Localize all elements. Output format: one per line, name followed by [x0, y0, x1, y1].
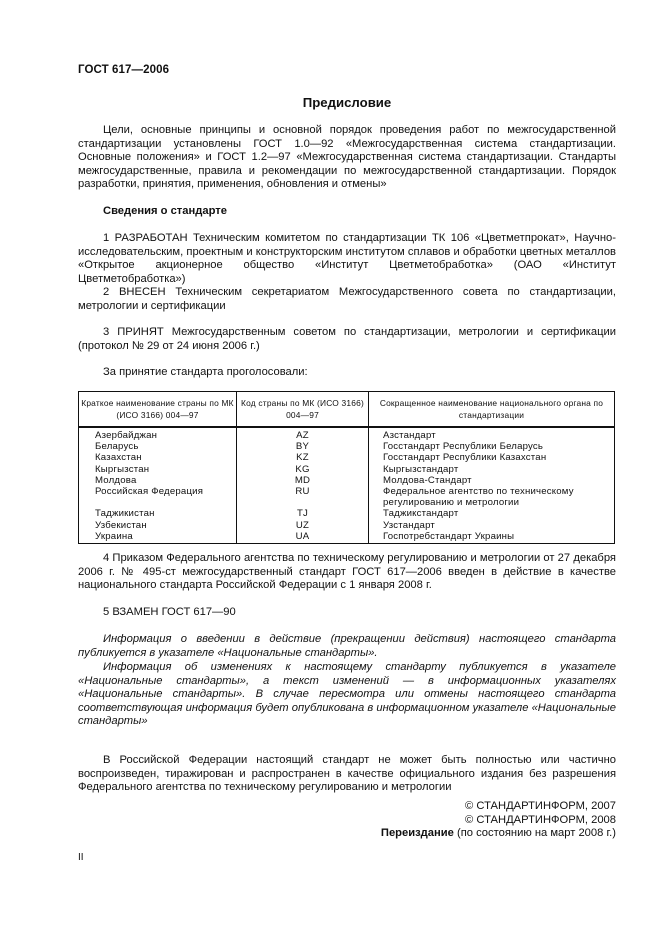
page-number: II [78, 851, 84, 865]
reproduction-notice: В Российской Федерации настоящий стандар… [78, 754, 616, 795]
table-row: МолдоваMDМолдова-Стандарт [79, 475, 615, 486]
info-item-2: 2 ВНЕСЕН Техническим секретариатом Межго… [78, 286, 616, 313]
body-cell: Таджикстандарт [369, 508, 615, 519]
code-cell: KZ [237, 452, 369, 463]
table-header-row: Краткое наименование страны по МК (ИСО 3… [79, 392, 615, 428]
info-item-1: 1 РАЗРАБОТАН Техническим комитетом по ст… [78, 232, 616, 286]
info-item-5: 5 ВЗАМЕН ГОСТ 617—90 [78, 606, 616, 620]
body-cell: Азстандарт [369, 427, 615, 441]
code-cell: AZ [237, 427, 369, 441]
copyright-line-2008: © СТАНДАРТИНФОРМ, 2008 [381, 814, 616, 828]
country-cell: Узбекистан [79, 520, 237, 531]
body-cell: Кыргызстандарт [369, 464, 615, 475]
intro-paragraph: Цели, основные принципы и основной поряд… [78, 124, 616, 192]
code-cell: UZ [237, 520, 369, 531]
table-row: БеларусьBYГосстандарт Республики Беларус… [79, 441, 615, 452]
reissue-note: (по состоянию на март 2008 г.) [454, 827, 616, 839]
table-row: УкраинаUAГоспотребстандарт Украины [79, 531, 615, 544]
running-title: ГОСТ 617—2006 [78, 64, 169, 78]
code-cell: TJ [237, 508, 369, 519]
copyright-block: © СТАНДАРТИНФОРМ, 2007 © СТАНДАРТИНФОРМ,… [381, 800, 616, 841]
vote-intro: За принятие стандарта проголосовали: [78, 366, 616, 380]
country-cell: Украина [79, 531, 237, 544]
code-cell: MD [237, 475, 369, 486]
table-row: КыргызстанKGКыргызстандарт [79, 464, 615, 475]
code-cell: UA [237, 531, 369, 544]
info-item-4: 4 Приказом Федерального агентства по тех… [78, 552, 616, 593]
body-cell: Госстандарт Республики Казахстан [369, 452, 615, 463]
copyright-line-2007: © СТАНДАРТИНФОРМ, 2007 [381, 800, 616, 814]
table-row: УзбекистанUZУзстандарт [79, 520, 615, 531]
info-item-3: 3 ПРИНЯТ Межгосударственным советом по с… [78, 326, 616, 353]
reissue-line: Переиздание (по состоянию на март 2008 г… [381, 827, 616, 841]
reissue-label: Переиздание [381, 827, 454, 839]
table-body: АзербайджанAZАзстандартБеларусьBYГосстан… [79, 427, 615, 544]
standard-info-heading: Сведения о стандарте [103, 205, 227, 219]
info-note-1: Информация о введении в действие (прекра… [78, 633, 616, 660]
body-cell: Узстандарт [369, 520, 615, 531]
page-title: Предисловие [78, 96, 616, 110]
country-cell: Беларусь [79, 441, 237, 452]
country-cell: Таджикистан [79, 508, 237, 519]
table-row: ТаджикистанTJТаджикстандарт [79, 508, 615, 519]
country-cell: Молдова [79, 475, 237, 486]
body-cell: Федеральное агентство по техническому ре… [369, 486, 615, 508]
country-cell: Азербайджан [79, 427, 237, 441]
table-row: АзербайджанAZАзстандарт [79, 427, 615, 441]
code-cell: RU [237, 486, 369, 508]
document-page: ГОСТ 617—2006 Предисловие Цели, основные… [78, 0, 616, 936]
country-cell: Казахстан [79, 452, 237, 463]
info-note-2: Информация об изменениях к настоящему ст… [78, 661, 616, 729]
body-cell: Госпотребстандарт Украины [369, 531, 615, 544]
header-body: Сокращенное наименование национального о… [369, 392, 615, 428]
code-cell: KG [237, 464, 369, 475]
body-cell: Госстандарт Республики Беларусь [369, 441, 615, 452]
body-cell: Молдова-Стандарт [369, 475, 615, 486]
country-cell: Российская Федерация [79, 486, 237, 508]
country-cell: Кыргызстан [79, 464, 237, 475]
header-code: Код страны по МК (ИСО 3166) 004—97 [237, 392, 369, 428]
voting-countries-table: Краткое наименование страны по МК (ИСО 3… [78, 391, 615, 544]
code-cell: BY [237, 441, 369, 452]
table-row: Российская ФедерацияRUФедеральное агентс… [79, 486, 615, 508]
table-row: КазахстанKZГосстандарт Республики Казахс… [79, 452, 615, 463]
header-country: Краткое наименование страны по МК (ИСО 3… [79, 392, 237, 428]
